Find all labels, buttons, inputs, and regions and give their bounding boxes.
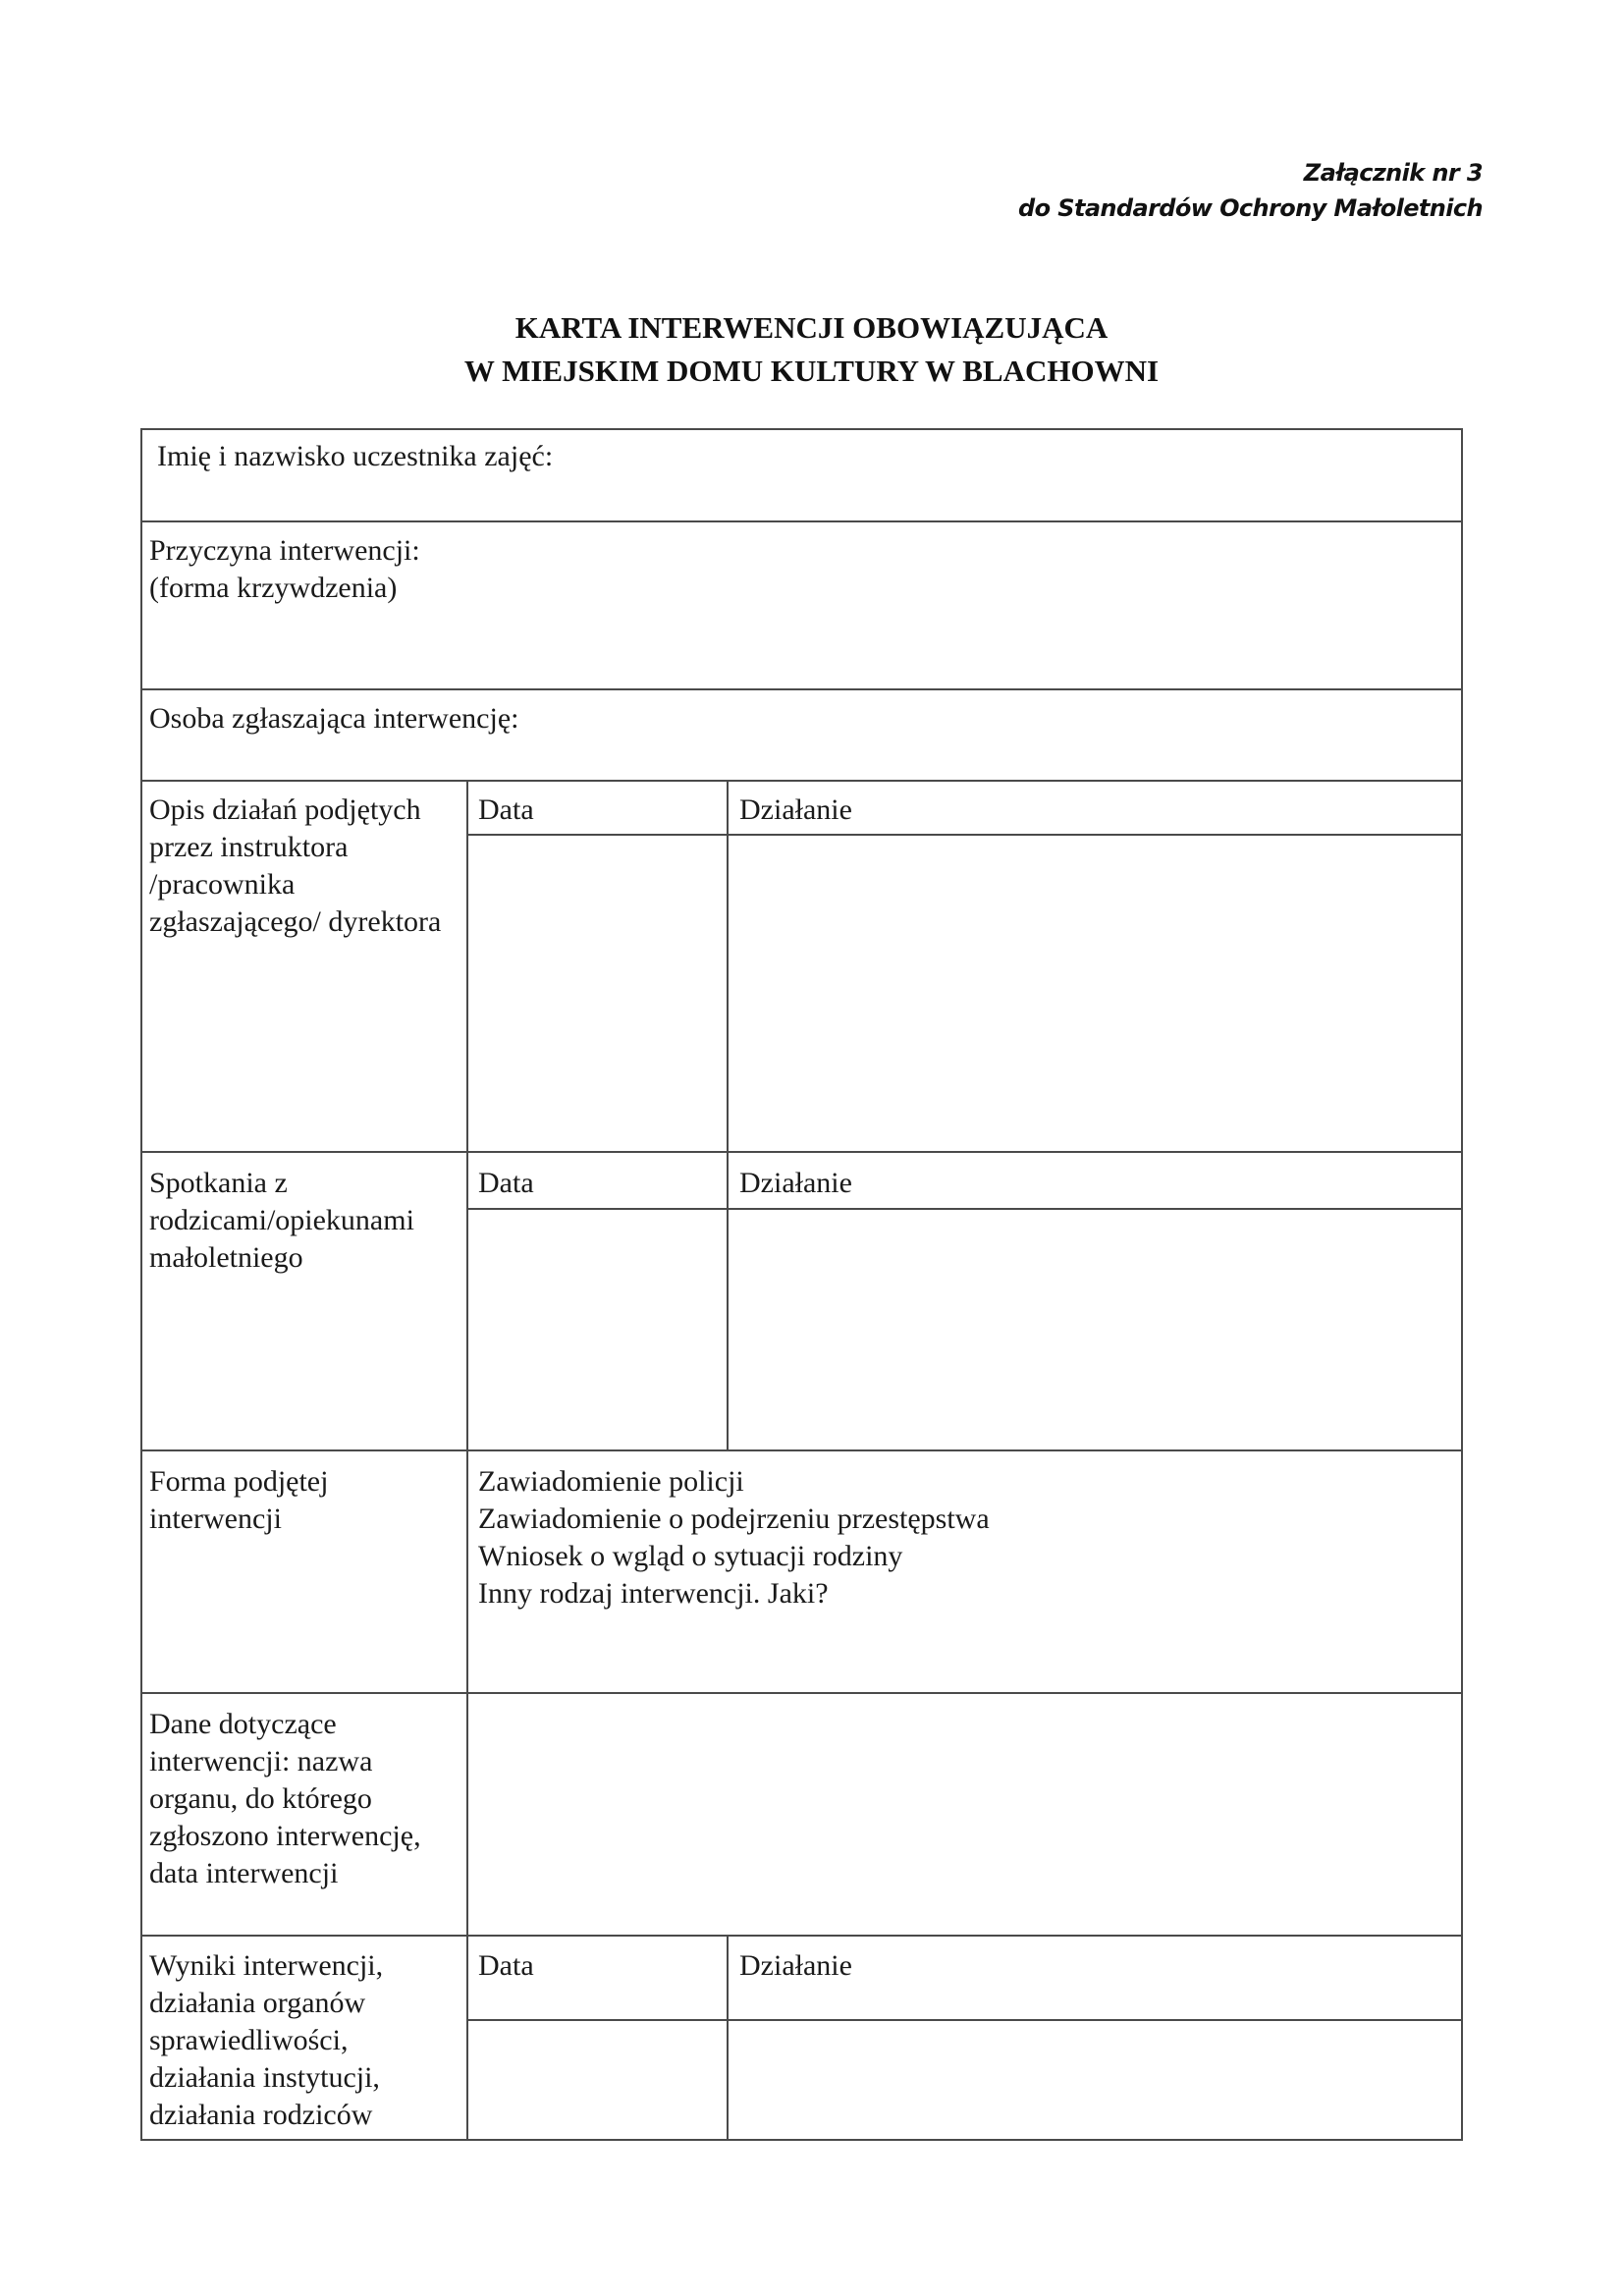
actions-action-header: Działanie <box>739 792 852 829</box>
intervention-form-table: Imię i nazwisko uczestnika zajęć: Przycz… <box>0 0 1623 2296</box>
row-divider <box>140 520 1463 522</box>
meetings-date-cell[interactable] <box>468 1210 727 1449</box>
row-divider <box>140 780 1463 782</box>
meetings-label: Spotkania z rodzicami/opiekunami małolet… <box>149 1165 414 1277</box>
actions-date-cell[interactable] <box>468 836 727 1151</box>
table-border <box>140 2139 1463 2141</box>
reporter-label: Osoba zgłaszająca interwencję: <box>149 700 518 738</box>
row-divider <box>140 1935 1463 1937</box>
results-action-cell[interactable] <box>729 2021 1461 2139</box>
intervention-option-crime-report[interactable]: Zawiadomienie o podejrzeniu przestępstwa <box>478 1501 990 1538</box>
intervention-data-field[interactable] <box>468 1694 1461 1935</box>
table-border <box>140 428 1463 430</box>
results-date-cell[interactable] <box>468 2021 727 2139</box>
intervention-form-label: Forma podjętej interwencji <box>149 1463 328 1538</box>
meetings-action-header: Działanie <box>739 1165 852 1202</box>
reason-field[interactable] <box>142 609 1461 687</box>
reporter-field[interactable] <box>142 741 1461 779</box>
actions-date-header: Data <box>478 792 534 829</box>
row-divider <box>140 1151 1463 1153</box>
reason-label: Przyczyna interwencji: (forma krzywdzeni… <box>149 532 420 607</box>
participant-name-label: Imię i nazwisko uczestnika zajęć: <box>157 438 553 475</box>
results-date-header: Data <box>478 1947 534 1985</box>
row-divider <box>140 1449 1463 1451</box>
meetings-action-cell[interactable] <box>729 1210 1461 1449</box>
intervention-option-police[interactable]: Zawiadomienie policji <box>478 1463 744 1501</box>
results-label: Wyniki interwencji, działania organów sp… <box>149 1947 383 2134</box>
results-action-header: Działanie <box>739 1947 852 1985</box>
meetings-date-header: Data <box>478 1165 534 1202</box>
actions-label: Opis działań podjętych przez instruktora… <box>149 792 441 941</box>
actions-action-cell[interactable] <box>729 836 1461 1151</box>
intervention-option-other[interactable]: Inny rodzaj interwencji. Jaki? <box>478 1575 829 1613</box>
row-divider <box>140 688 1463 690</box>
table-border <box>1461 428 1463 2141</box>
intervention-option-family-review[interactable]: Wniosek o wgląd o sytuacji rodziny <box>478 1538 902 1575</box>
participant-name-field[interactable] <box>142 481 1461 520</box>
intervention-data-label: Dane dotyczące interwencji: nazwa organu… <box>149 1706 421 1892</box>
